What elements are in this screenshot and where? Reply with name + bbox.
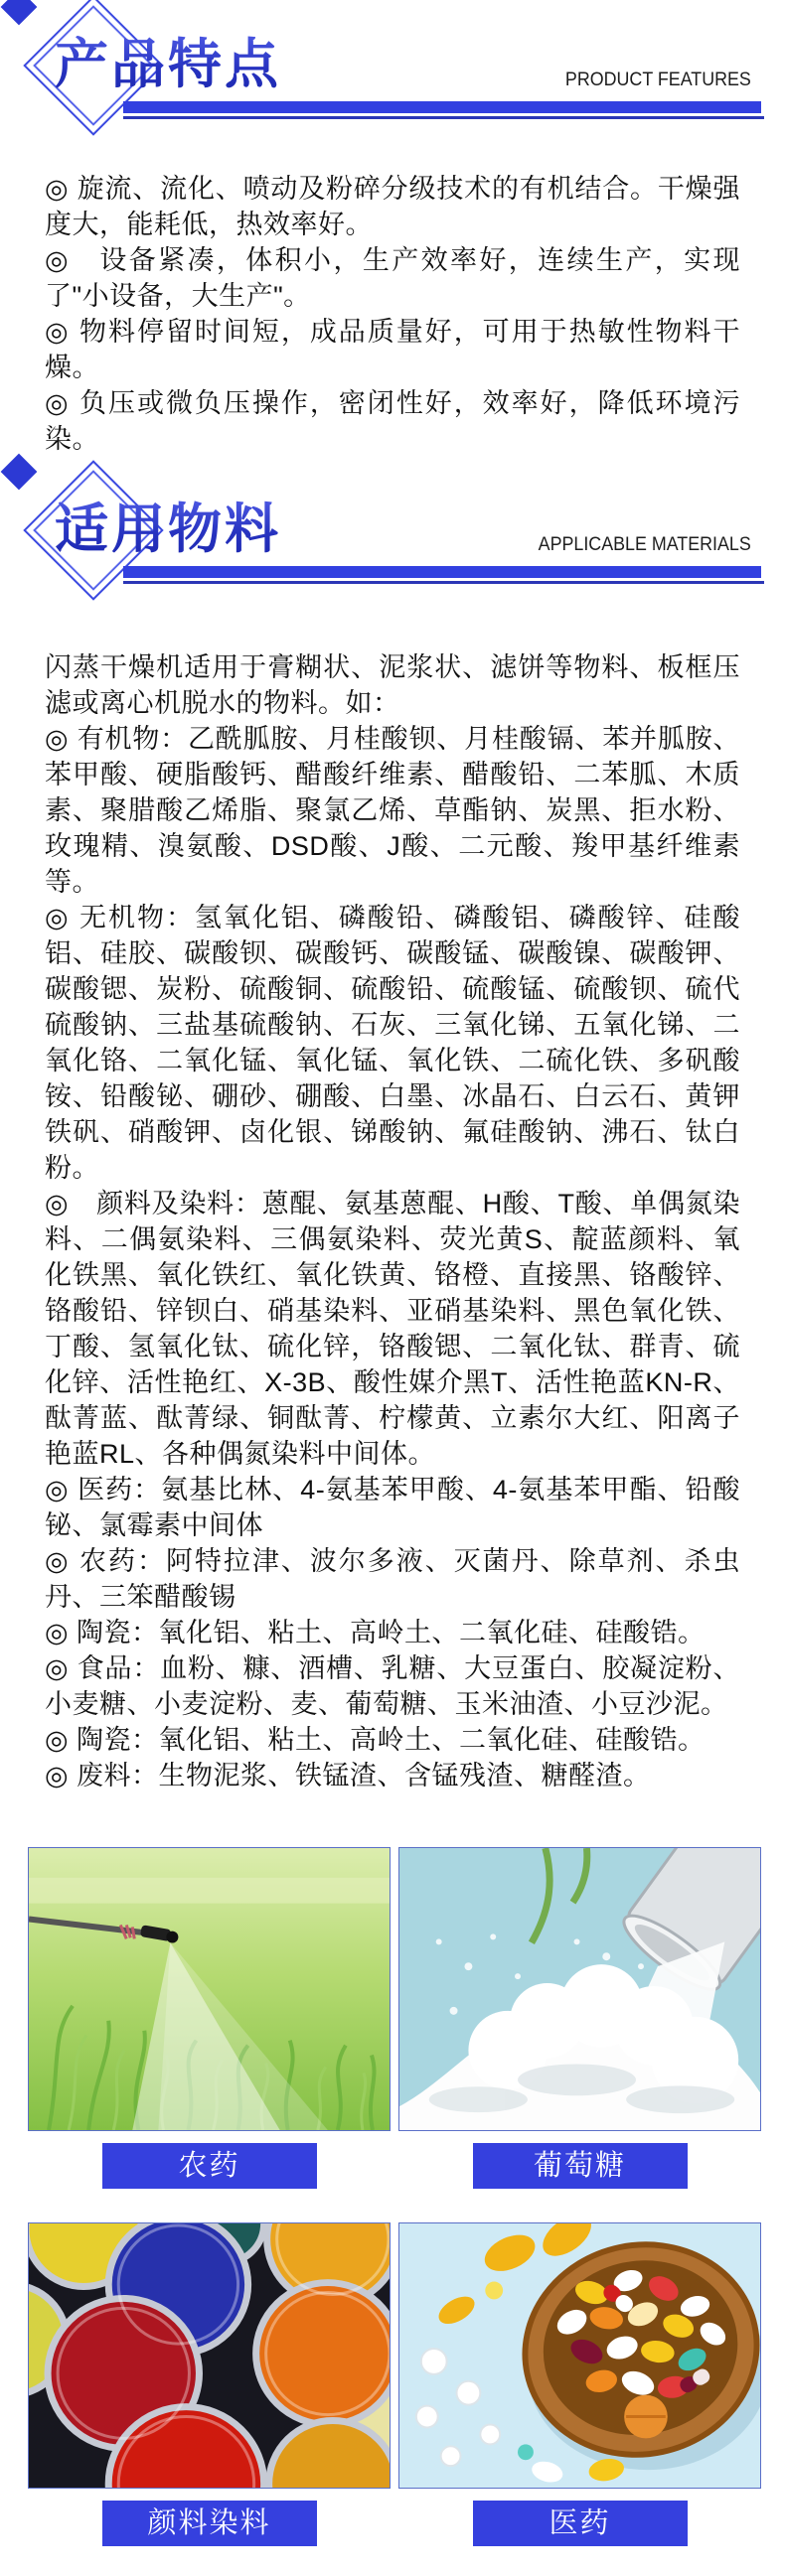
application-gallery: 农药 [28, 1847, 761, 2546]
material-item: ◎ 颜料及染料：蒽醌、氨基蒽醌、H酸、T酸、单偶氮染料、二偶氨染料、三偶氨染料、… [45, 1186, 740, 1472]
material-item: ◎ 医药：氨基比林、4-氨基苯甲酸、4-氨基苯甲酯、铅酸铋、氯霉素中间体 [45, 1472, 740, 1543]
glucose-powder-photo [398, 1847, 761, 2131]
gallery-label-pesticide: 农药 [102, 2143, 317, 2189]
mini-diamond-icon [1, 0, 38, 25]
material-item: ◎ 农药：阿特拉津、波尔多液、灭菌丹、除草剂、杀虫丹、三笨醋酸锡 [45, 1543, 740, 1615]
material-item: ◎ 食品：血粉、糠、酒槽、乳糖、大豆蛋白、胶凝淀粉、小麦糖、小麦淀粉、麦、葡萄糖… [45, 1650, 740, 1722]
feature-item: ◎ 负压或微负压操作，密闭性好，效率好，降低环境污染。 [45, 385, 740, 457]
gallery-item-pesticide: 农药 [28, 1847, 391, 2189]
gallery-row-top: 农药 [28, 1847, 761, 2189]
gallery-label-medicine: 医药 [473, 2501, 688, 2546]
features-list: ◎ 旋流、流化、喷动及粉碎分级技术的有机结合。干燥强度大，能耗低，热效率好。 ◎… [45, 171, 740, 457]
material-item: ◎ 有机物：乙酰胍胺、月桂酸钡、月桂酸镉、苯并胍胺、苯甲酸、硬脂酸钙、醋酸纤维素… [45, 721, 740, 900]
material-item: ◎ 陶瓷：氧化铝、粘土、高岭土、二氧化硅、硅酸锆。 [45, 1722, 740, 1758]
feature-item: ◎ 旋流、流化、喷动及粉碎分级技术的有机结合。干燥强度大，能耗低，热效率好。 [45, 171, 740, 242]
gallery-item-medicine: 医药 [398, 2222, 761, 2546]
gallery-label-pigment: 颜料染料 [102, 2501, 317, 2546]
header-divider-bar [123, 566, 761, 578]
medicine-pills-photo [398, 2222, 761, 2489]
gallery-item-pigment: 颜料染料 [28, 2222, 391, 2546]
material-item: ◎ 陶瓷：氧化铝、粘土、高岭土、二氧化硅、硅酸锆。 [45, 1615, 740, 1650]
pesticide-spray-photo [28, 1847, 391, 2131]
mini-diamond-icon [1, 454, 38, 491]
pigment-dye-photo [28, 2222, 391, 2489]
feature-item: ◎ 物料停留时间短，成品质量好，可用于热敏性物料干燥。 [45, 314, 740, 385]
section-header-materials: 适用物料 APPLICABLE MATERIALS [0, 465, 785, 594]
header-divider-bar [123, 101, 761, 113]
gallery-row-bottom: 颜料染料 [28, 2222, 761, 2546]
material-item: ◎ 无机物：氢氧化铝、磷酸铅、磷酸铝、磷酸锌、硅酸铝、硅胶、碳酸钡、碳酸钙、碳酸… [45, 900, 740, 1186]
gallery-item-glucose: 葡萄糖 [398, 1847, 761, 2189]
materials-list: 闪蒸干燥机适用于膏糊状、泥浆状、滤饼等物料、板框压滤或离心机脱水的物料。如： ◎… [45, 649, 740, 1793]
materials-title-cn: 适用物料 [55, 487, 281, 563]
page-bottom-spacer [0, 2546, 785, 2576]
gallery-label-glucose: 葡萄糖 [473, 2143, 688, 2189]
materials-intro: 闪蒸干燥机适用于膏糊状、泥浆状、滤饼等物料、板框压滤或离心机脱水的物料。如： [45, 649, 740, 721]
features-title-cn: 产品特点 [55, 22, 281, 98]
section-header-features: 产品特点 PRODUCT FEATURES [0, 0, 785, 129]
materials-title-en: APPLICABLE MATERIALS [539, 534, 751, 556]
feature-item: ◎ 设备紧凑，体积小，生产效率好，连续生产，实现了"小设备，大生产"。 [45, 242, 740, 314]
features-title-en: PRODUCT FEATURES [565, 70, 751, 91]
material-item: ◎ 废料：生物泥浆、铁锰渣、含锰残渣、糖醛渣。 [45, 1758, 740, 1793]
